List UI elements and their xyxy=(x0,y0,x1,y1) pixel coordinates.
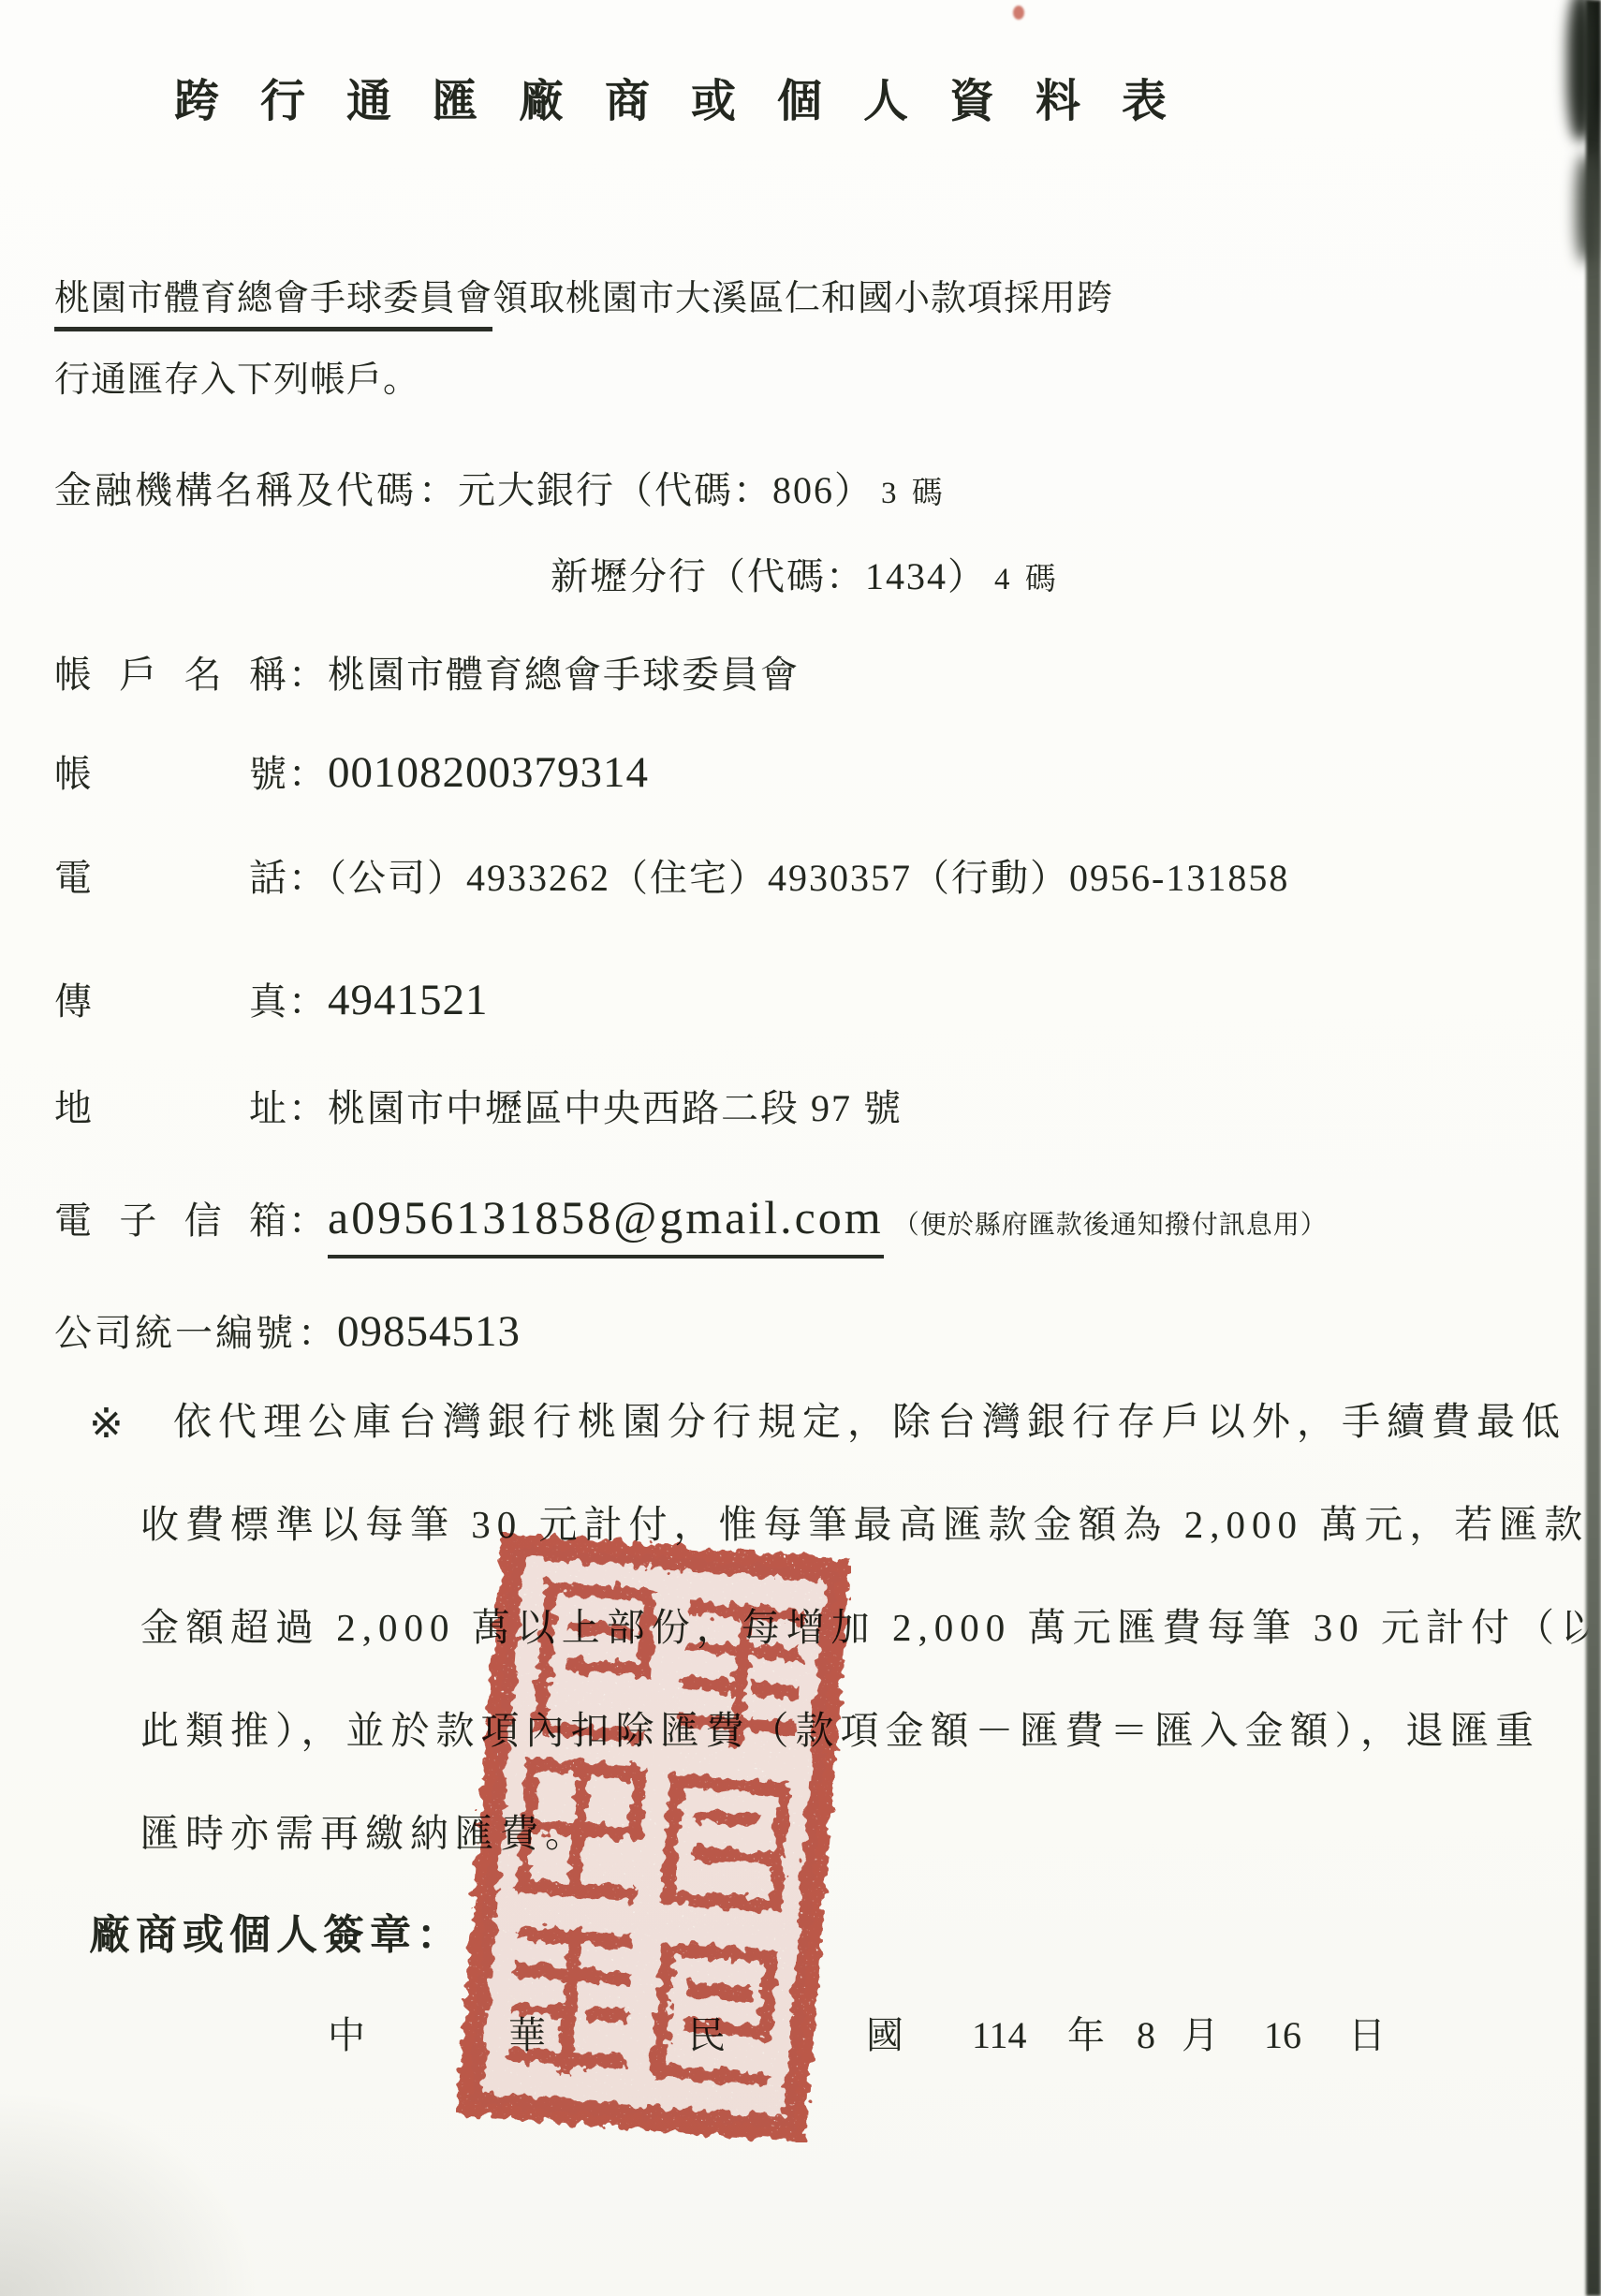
branch-digits-note: 4 碼 xyxy=(994,563,1060,596)
date-part: 年 xyxy=(1067,2011,1105,2060)
fax-value: 4941521 xyxy=(328,976,489,1024)
colon: ： xyxy=(296,1312,337,1354)
field-label: 電話 xyxy=(54,854,286,903)
field-row-phone: 電話：（公司）4933262（住宅）4930357（行動）0956-131858 xyxy=(54,854,1289,903)
colon: ： xyxy=(286,857,328,899)
address-value: 桃園市中壢區中央西路二段 97 號 xyxy=(328,1087,903,1129)
field-row-account-number: 帳號：00108200379314 xyxy=(54,744,649,802)
date-part: 民 xyxy=(688,2011,726,2060)
date-year-value: 114 xyxy=(972,2011,1027,2060)
account-number-value: 00108200379314 xyxy=(328,748,649,797)
note-line: 此類推），並於款項內扣除匯費（款項金額－匯費＝匯入金額），退匯重 xyxy=(140,1706,1540,1756)
intro-line-1: 桃園市體育總會手球委員會領取桃園市大溪區仁和國小款項採用跨 xyxy=(54,276,1113,322)
intro-line-1-rest: 領取桃園市大溪區仁和國小款項採用跨 xyxy=(492,279,1113,318)
colon: ： xyxy=(417,469,458,511)
note-line: 依代理公庫台灣銀行桃園分行規定，除台灣銀行存戶以外，手續費最低 xyxy=(173,1397,1566,1447)
colon: ： xyxy=(286,1087,328,1129)
date-part: 國 xyxy=(866,2011,903,2060)
field-row-fax: 傳真：4941521 xyxy=(54,972,489,1029)
intro-line-2: 行通匯存入下列帳戶。 xyxy=(54,358,419,404)
red-ink-speck xyxy=(1013,6,1024,20)
field-row-email: 電子信箱：a0956131858@gmail.com（便於縣府匯款後通知撥付訊息… xyxy=(54,1187,1328,1248)
note-line: 金額超過 2,000 萬以上部份，每增加 2,000 萬元匯費每筆 30 元計付… xyxy=(140,1603,1601,1653)
field-label: 帳戶名稱 xyxy=(54,651,286,699)
date-row: 中 華 民 國 114 年 8 月 16 日 xyxy=(0,2011,1601,2068)
note-marker: ※ xyxy=(89,1397,124,1450)
note-line: 匯時亦需再繳納匯費。 xyxy=(140,1809,590,1859)
date-day-value: 16 xyxy=(1264,2011,1301,2060)
uniform-number-value: 09854513 xyxy=(337,1307,521,1356)
field-label: 電子信箱 xyxy=(54,1197,286,1245)
colon: ： xyxy=(286,753,328,795)
bank-digits-note: 3 碼 xyxy=(881,477,947,510)
colon: ： xyxy=(286,654,328,696)
field-label: 傳真 xyxy=(54,978,286,1026)
field-row-uniform-number: 公司統一編號：09854513 xyxy=(54,1303,521,1361)
signature-label: 廠商或個人簽章： xyxy=(89,1908,463,1962)
scanned-form-page: 跨 行 通 匯 廠 商 或 個 人 資 料 表 桃園市體育總會手球委員會領取桃園… xyxy=(0,0,1601,2296)
field-label: 地址 xyxy=(54,1084,286,1133)
phone-value: （公司）4933262（住宅）4930357（行動）0956-131858 xyxy=(328,857,1289,899)
email-value: a0956131858@gmail.com xyxy=(328,1191,884,1258)
bank-row: 金融機構名稱及代碼：元大銀行（代碼：806）3 碼 xyxy=(54,466,947,515)
scan-corner-shade xyxy=(0,2090,262,2296)
email-note: （便於縣府匯款後通知撥付訊息用） xyxy=(893,1211,1328,1240)
scan-edge-shadow xyxy=(1586,0,1601,2296)
colon: ： xyxy=(286,1200,328,1242)
scan-smudge xyxy=(1567,0,1595,140)
date-part: 月 xyxy=(1182,2011,1219,2060)
field-row-account-name: 帳戶名稱：桃園市體育總會手球委員會 xyxy=(54,651,800,699)
form-title: 跨 行 通 匯 廠 商 或 個 人 資 料 表 xyxy=(174,73,1182,131)
scan-smudge xyxy=(1577,155,1597,262)
note-line: 收費標準以每筆 30 元計付，惟每筆最高匯款金額為 2,000 萬元，若匯款 xyxy=(140,1500,1589,1550)
field-label: 帳號 xyxy=(54,750,286,799)
bank-value: 元大銀行（代碼：806） xyxy=(458,469,874,511)
payee-name-underlined: 桃園市體育總會手球委員會 xyxy=(54,279,492,331)
date-month-value: 8 xyxy=(1137,2011,1155,2060)
account-name-value: 桃園市體育總會手球委員會 xyxy=(328,654,800,696)
date-part: 中 xyxy=(328,2011,365,2060)
date-part: 日 xyxy=(1348,2011,1386,2060)
date-part: 華 xyxy=(508,2011,546,2060)
field-label: 公司統一編號 xyxy=(54,1312,296,1354)
branch-row: 新壢分行（代碼：1434）4 碼 xyxy=(551,552,1060,601)
colon: ： xyxy=(286,980,328,1023)
branch-value: 新壢分行（代碼：1434） xyxy=(551,555,987,597)
bank-label: 金融機構名稱及代碼 xyxy=(54,469,417,511)
field-row-address: 地址：桃園市中壢區中央西路二段 97 號 xyxy=(54,1084,903,1133)
